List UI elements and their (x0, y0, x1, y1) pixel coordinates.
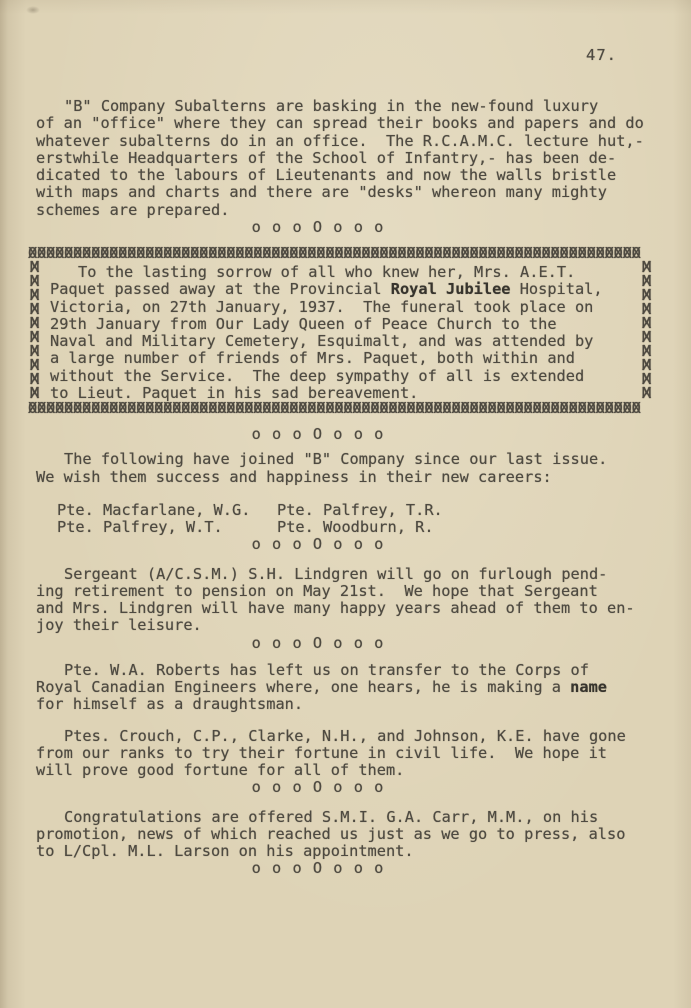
text-run: Royal Canadian Engineers where, one hear… (36, 678, 570, 696)
section-divider: o o o O o o o (8, 635, 628, 652)
section-divider: o o o O o o o (8, 426, 628, 443)
text-line: Congratulations are offered S.M.I. G.A. … (36, 809, 656, 826)
text-run: Paquet passed away at the Provincial (50, 280, 391, 298)
section-divider: o o o O o o o (8, 860, 628, 877)
border-x-layer: XXXXXXXXXXXXXXXXXXXXXXXXXXXXXXXXXXXXXXXX… (28, 245, 641, 262)
text-line: Victoria, on 27th January, 1937. The fun… (50, 299, 632, 316)
text-line: ing retirement to pension on May 21st. W… (36, 583, 656, 600)
text-line: erstwhile Headquarters of the School of … (36, 150, 656, 167)
text-line: with maps and charts and there are "desk… (36, 184, 656, 201)
text-line: of an "office" where they can spread the… (36, 115, 656, 132)
recruit-name-list: Pte. Macfarlane, W.G. Pte. Palfrey, T.R.… (36, 502, 656, 537)
text-line: schemes are prepared. (36, 202, 656, 219)
text-line: 29th January from Our Lady Queen of Peac… (50, 316, 632, 333)
bold-text-run: name (570, 678, 607, 696)
box-border-bottom: OOOOOOOOOOOOOOOOOOOOOOOOOOOOOOOOOOOOOOOO… (28, 402, 656, 417)
box-border-top: OOOOOOOOOOOOOOOOOOOOOOOOOOOOOOOOOOOOOOOO… (28, 247, 656, 262)
text-line: Ptes. Crouch, C.P., Clarke, N.H., and Jo… (36, 728, 656, 745)
text-line: a large number of friends of Mrs. Paquet… (50, 350, 632, 367)
text-line: without the Service. The deep sympathy o… (50, 368, 632, 385)
border-x-layer: X X X X X X X X X X (642, 260, 651, 400)
section-divider: o o o O o o o (8, 779, 628, 796)
paragraph-civil-life: Ptes. Crouch, C.P., Clarke, N.H., and Jo… (36, 728, 656, 780)
bold-text-run: Royal Jubilee (391, 280, 511, 298)
text-line: whatever subalterns do in an office. The… (36, 133, 656, 150)
scanned-document-page: 47. "B" Company Subalterns are basking i… (0, 0, 691, 1008)
text-line: To the lasting sorrow of all who knew he… (50, 264, 632, 281)
text-line: from our ranks to try their fortune in c… (36, 745, 656, 762)
border-x-layer: XXXXXXXXXXXXXXXXXXXXXXXXXXXXXXXXXXXXXXXX… (28, 400, 641, 417)
text-line: promotion, news of which reached us just… (36, 826, 656, 843)
text-line: We wish them success and happiness in th… (36, 469, 656, 486)
scan-smudge (26, 6, 40, 14)
obituary-text: To the lasting sorrow of all who knew he… (28, 262, 656, 402)
text-line: and Mrs. Lindgren will have many happy y… (36, 600, 656, 617)
paragraph-recruits: The following have joined "B" Company si… (36, 451, 656, 486)
name-cell: Pte. Palfrey, W.T. (57, 519, 277, 536)
border-x-layer: X X X X X X X X X X (30, 260, 39, 400)
name-cell: Pte. Woodburn, R. (277, 519, 434, 536)
page-content: "B" Company Subalterns are basking in th… (36, 98, 656, 878)
paragraph-lindgren: Sergeant (A/C.S.M.) S.H. Lindgren will g… (36, 566, 656, 635)
text-line: Sergeant (A/C.S.M.) S.H. Lindgren will g… (36, 566, 656, 583)
section-divider: o o o O o o o (8, 536, 628, 553)
text-run: Hospital, (511, 280, 603, 298)
text-line: will prove good fortune for all of them. (36, 762, 656, 779)
text-line: joy their leisure. (36, 617, 656, 634)
name-row: Pte. Palfrey, W.T. Pte. Woodburn, R. (57, 519, 656, 536)
page-number: 47. (586, 46, 617, 64)
obituary-box: OOOOOOOOOOOOOOOOOOOOOOOOOOOOOOOOOOOOOOOO… (28, 247, 656, 417)
name-cell: Pte. Palfrey, T.R. (277, 502, 443, 519)
paragraph-roberts: Pte. W.A. Roberts has left us on transfe… (36, 662, 656, 714)
text-line: Paquet passed away at the Provincial Roy… (50, 281, 632, 298)
text-line: for himself as a draughtsman. (36, 696, 656, 713)
section-divider: o o o O o o o (8, 219, 628, 236)
text-line: to L/Cpl. M.L. Larson on his appointment… (36, 843, 656, 860)
text-line: The following have joined "B" Company si… (36, 451, 656, 468)
text-line: dicated to the labours of Lieutenants an… (36, 167, 656, 184)
name-cell: Pte. Macfarlane, W.G. (57, 502, 277, 519)
paragraph-subalterns: "B" Company Subalterns are basking in th… (36, 98, 656, 219)
paragraph-congratulations: Congratulations are offered S.M.I. G.A. … (36, 809, 656, 861)
text-line: Pte. W.A. Roberts has left us on transfe… (36, 662, 656, 679)
text-line: Naval and Military Cemetery, Esquimalt, … (50, 333, 632, 350)
text-line: "B" Company Subalterns are basking in th… (36, 98, 656, 115)
text-line: Royal Canadian Engineers where, one hear… (36, 679, 656, 696)
name-row: Pte. Macfarlane, W.G. Pte. Palfrey, T.R. (57, 502, 656, 519)
